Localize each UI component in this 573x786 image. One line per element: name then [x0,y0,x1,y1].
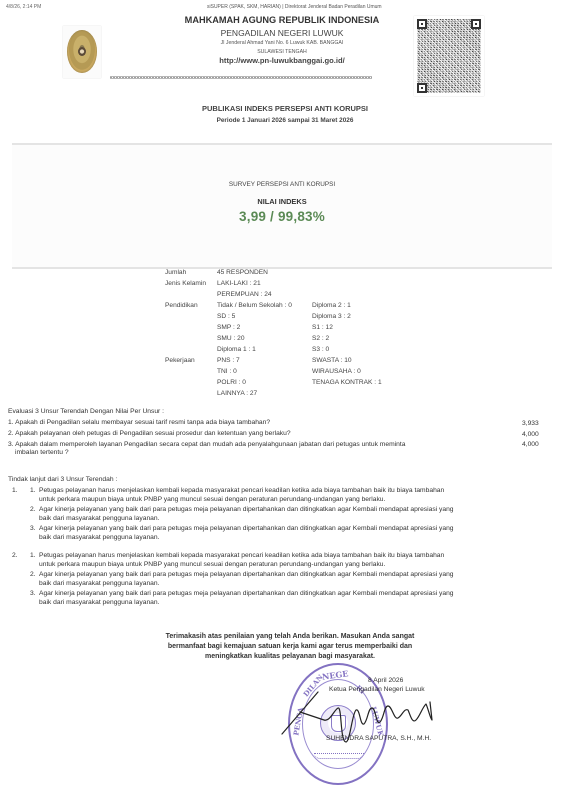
signature-date: 8 April 2026 [368,677,403,684]
follow-up-item-text: Agar kinerja pelayanan yang baik dari pa… [39,525,454,532]
court-address: Jl Jenderal Ahmad Yani No. 6 Luwuk KAB. … [152,40,412,46]
closing-message: Terimakasih atas penilaian yang telah An… [120,632,460,641]
evaluation-item: 3. Apakah dalam memperoleh layanan Penga… [8,441,508,449]
institution-name: MAHKAMAH AGUNG REPUBLIK INDONESIA [152,15,412,25]
job-item: POLRI : 0 [217,379,246,386]
print-source: siSUPER (SPAK, SKM, HARIAN) | Direktorat… [207,4,382,10]
education-item: Diploma 3 : 2 [312,313,351,320]
index-card-subtitle: SURVEY PERSEPSI ANTI KORUPSI [12,181,552,188]
index-card-label: NILAI INDEKS [12,197,552,206]
gender-male: LAKI-LAKI : 21 [217,280,261,287]
court-emblem-icon [63,26,101,78]
evaluation-item: 2. Apakah pelayanan oleh petugas di Peng… [8,430,488,438]
education-item: SMP : 2 [217,324,240,331]
jumlah-value: 45 RESPONDEN [217,269,268,276]
evaluation-item-cont: imbalan tertentu ? [15,449,495,457]
court-region: SULAWESI TENGAH [152,49,412,55]
signatory-name: SUHENDRA SAPUTRA, S.H., M.H. [326,735,431,742]
education-item: SMU : 20 [217,335,244,342]
education-item: Diploma 1 : 1 [217,346,256,353]
follow-up-item-text: baik dari masyarakat pengguna layanan. [39,534,559,541]
evaluation-score: 4,000 [522,441,552,448]
gender-label: Jenis Kelamin [165,280,206,287]
education-item: Tidak / Belum Sekolah : 0 [217,302,292,309]
follow-up-item-text: Agar kinerja pelayanan yang baik dari pa… [39,571,454,578]
gender-female: PEREMPUAN : 24 [217,291,272,298]
job-item: WIRAUSAHA : 0 [312,368,361,375]
education-item: S1 : 12 [312,324,333,331]
follow-up-item-text: baik dari masyarakat pengguna layanan. [39,515,559,522]
follow-up-item-text: Petugas pelayanan harus menjelaskan kemb… [39,487,444,494]
education-item: SD : 5 [217,313,235,320]
follow-up-item-text: untuk perkara maupun biaya untuk PNBP ya… [39,561,559,568]
publication-period: Periode 1 Januari 2026 sampai 31 Maret 2… [120,117,450,124]
job-item: SWASTA : 10 [312,357,352,364]
job-item: TNI : 0 [217,368,237,375]
follow-up-item-number: 2. [30,506,39,514]
closing-message: bermanfaat bagi kemajuan satuan kerja ka… [120,642,460,651]
closing-message: meningkatkan kualitas pelayanan bagi mas… [120,652,460,661]
follow-up-group-number: 1. [12,487,18,494]
job-label: Pekerjaan [165,357,195,364]
job-item: TENAGA KONTRAK : 1 [312,379,382,386]
follow-up-item-text: Agar kinerja pelayanan yang baik dari pa… [39,506,454,513]
follow-up-item-text: Agar kinerja pelayanan yang baik dari pa… [39,590,454,597]
evaluation-score: 3,933 [522,420,552,427]
follow-up-item-number: 1. [30,552,39,560]
publication-title: PUBLIKASI INDEKS PERSEPSI ANTI KORUPSI [120,104,450,113]
follow-up-item-number: 3. [30,525,39,533]
qr-code-icon [414,16,484,96]
evaluation-heading: Evaluasi 3 Unsur Terendah Dengan Nilai P… [8,408,164,415]
follow-up-item-number: 1. [30,487,39,495]
follow-up-item-text: baik dari masyarakat pengguna layanan. [39,580,559,587]
job-item: PNS : 7 [217,357,240,364]
follow-up-item-text: Petugas pelayanan harus menjelaskan kemb… [39,552,444,559]
follow-up-heading: Tindak lanjut dari 3 Unsur Terendah : [8,476,117,483]
evaluation-score: 4,000 [522,431,552,438]
court-name: PENGADILAN NEGERI LUWUK [152,28,412,38]
follow-up-item-number: 2. [30,571,39,579]
index-card: SURVEY PERSEPSI ANTI KORUPSI NILAI INDEK… [12,143,552,269]
education-item: S3 : 0 [312,346,329,353]
follow-up-item-number: 3. [30,590,39,598]
court-website-link[interactable]: http://www.pn-luwukbanggai.go.id/ [152,56,412,65]
letterhead-divider [110,76,372,79]
education-label: Pendidikan [165,302,198,309]
jumlah-label: Jumlah [165,269,186,276]
evaluation-item: 1. Apakah di Pengadilan selalu membayar … [8,419,488,427]
education-item: Diploma 2 : 1 [312,302,351,309]
job-item: LAINNYA : 27 [217,390,257,397]
follow-up-group-number: 2. [12,552,18,559]
education-item: S2 : 2 [312,335,329,342]
follow-up-item-text: untuk perkara maupun biaya untuk PNBP ya… [39,496,559,503]
follow-up-item-text: baik dari masyarakat pengguna layanan. [39,599,559,606]
index-value: 3,99 / 99,83% [12,209,552,224]
print-datetime: 4/8/26, 2:14 PM [6,4,41,10]
